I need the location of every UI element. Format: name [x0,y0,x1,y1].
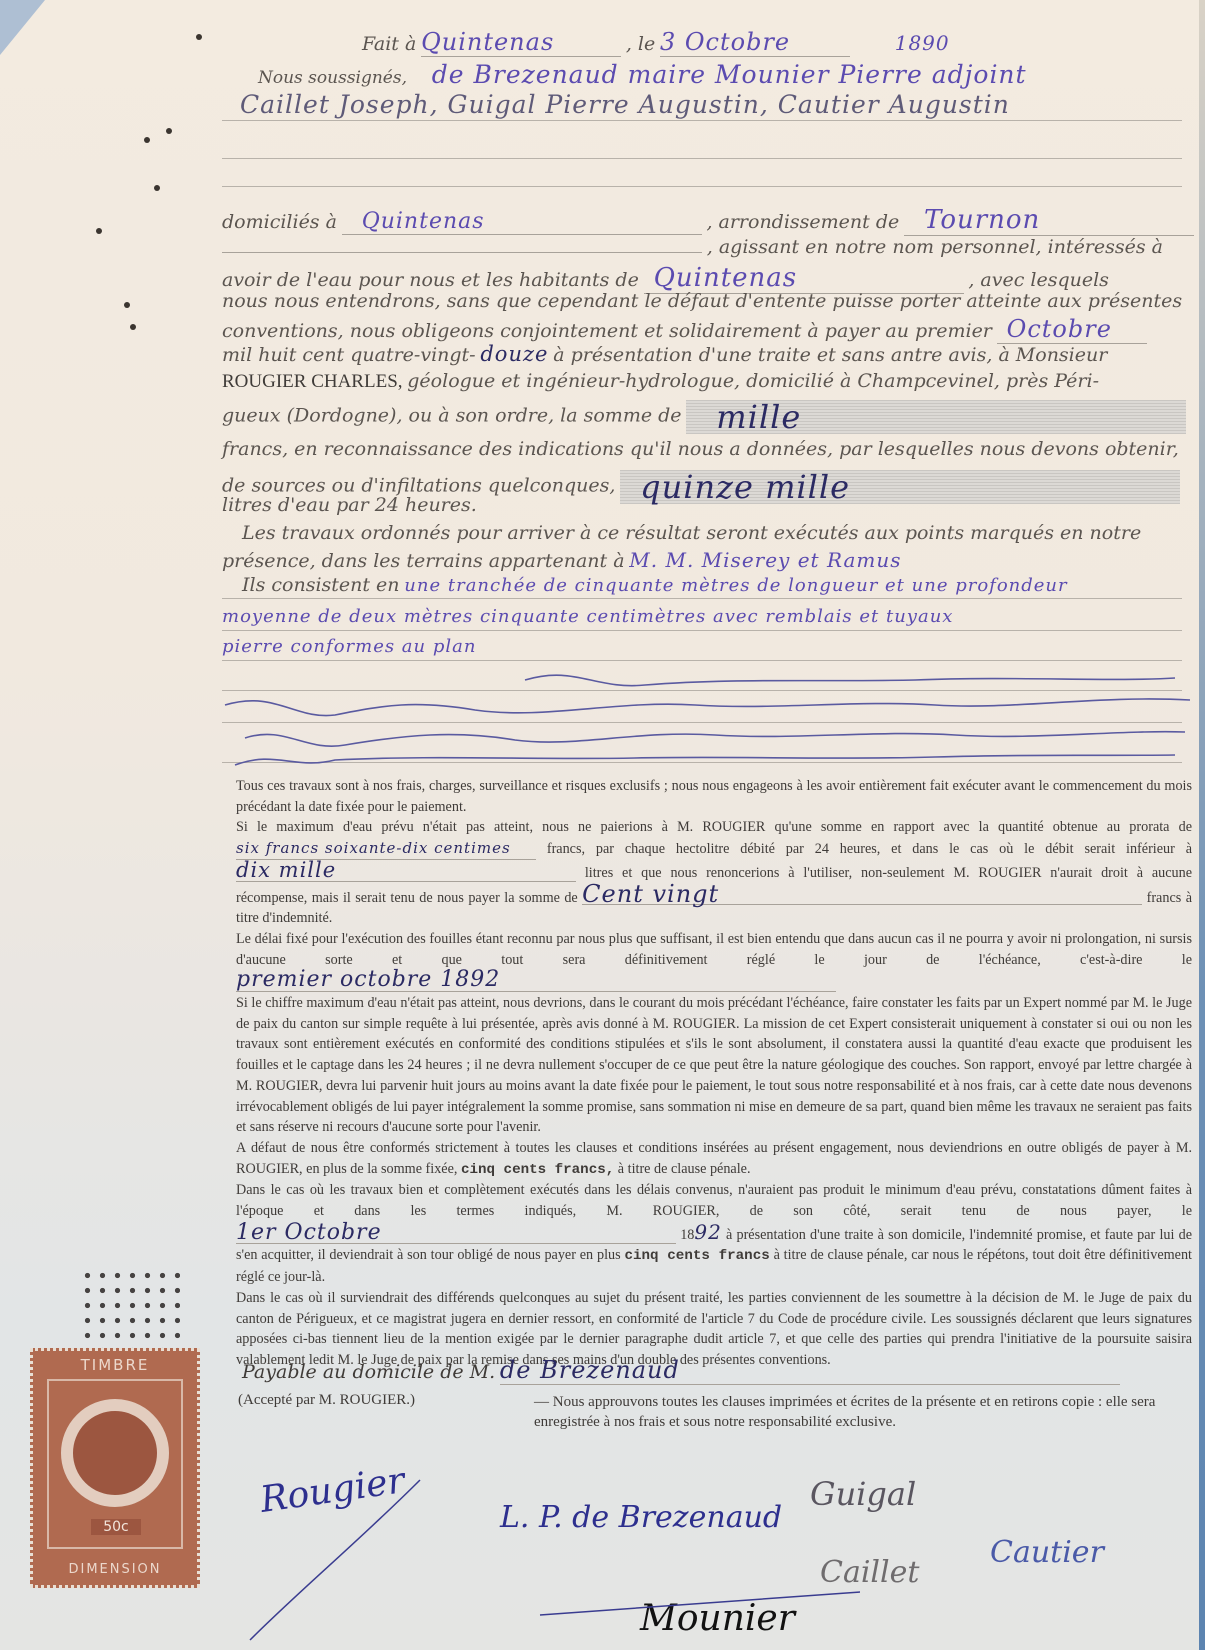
rougier-name: ROUGIER CHARLES, [222,371,403,392]
clause-expert: Si le chiffre maximum d'eau n'était pas … [236,993,1192,1138]
cancellation-strokes [215,660,1195,770]
stamp-bottom-label: DIMENSION [33,1562,197,1577]
signatories-line-1[interactable]: de Brezenaud maire Mounier Pierre adjoin… [432,60,1027,89]
presentation-text: à présentation d'une traite et sans antr… [553,344,1107,366]
soussignes-label: Nous soussignés, [258,68,407,88]
seuil-field[interactable]: dix mille [236,860,576,882]
gueux-text: gueux (Dordogne), ou à son ordre, la som… [222,404,682,426]
clause-minimum-bold: cinq cents francs [624,1248,769,1264]
agissant-text: , agissant en notre nom personnel, intér… [707,236,1163,258]
clause-defaut-b: à titre de clause pénale. [618,1161,751,1177]
pin-hole [130,324,136,330]
clause-maximum-a: Si le maximum d'eau prévu n'était pas at… [236,819,1192,835]
year-field[interactable]: 1890 [895,31,950,55]
clause-delai: Le délai fixé pour l'exécution des fouil… [236,931,1192,968]
domicilies-field[interactable]: Quintenas [342,209,702,235]
pin-hole [154,185,160,191]
page-edge [1199,0,1205,1650]
conventions-text: conventions, nous obligeons conjointemen… [222,320,992,342]
payable-label: Payable au domicile de M. [242,1361,495,1383]
domicilies-label: domiciliés à [222,211,337,233]
fait-a-label: Fait à [362,33,416,55]
presence-text: présence, dans les terrains appartenant … [222,550,625,572]
litres-field[interactable]: quinze mille [620,470,1180,504]
litres-text: litres d'eau par 24 heures. [222,494,477,516]
approval-text: — Nous approuvons toutes les clauses imp… [534,1392,1192,1432]
consistent-line-3[interactable]: pierre conformes au plan [222,636,476,657]
avec-lesquels-text: , avec lesquels [968,269,1109,291]
clause-maximum-b: francs, par chaque hectolitre débité par… [547,841,1192,857]
signature-cautier: Cautier [990,1535,1104,1570]
arrondissement-label: , arrondissement de [706,211,899,233]
stamp-value: 50c [91,1519,141,1535]
clauses-block: Tous ces travaux sont à nos frais, charg… [236,776,1192,1371]
rougier-desc: géologue et ingénieur-hydrologue, domici… [407,370,1099,392]
pin-hole [166,128,172,134]
tax-stamp: TIMBRE 50c DIMENSION [30,1348,200,1588]
stamp-top-label: TIMBRE [33,1356,197,1374]
pin-hole [96,228,102,234]
mil-huit-field[interactable]: douze [480,342,548,366]
premier-field[interactable]: Octobre [997,315,1147,344]
accepte-label: (Accepté par M. ROUGIER.) [238,1392,415,1409]
arrondissement-field[interactable]: Tournon [904,205,1194,236]
folded-corner [0,0,45,55]
paiement-year-field[interactable]: 92 [694,1220,721,1244]
entente-text: nous nous entendrons, sans que cependant… [222,290,1182,312]
consistent-line-1[interactable]: une tranchée de cinquante mètres de long… [404,575,1067,596]
payable-row: Payable au domicile de M. de Brezenaud [242,1356,1120,1385]
clause-defaut-bold: cinq cents francs, [461,1162,614,1178]
pin-hole [124,302,130,308]
terrains-field[interactable]: M. M. Miserey et Ramus [629,548,901,572]
indemnite-field[interactable]: Cent vingt [582,884,1142,906]
echeance-field[interactable]: premier octobre 1892 [236,970,836,992]
payable-field[interactable]: de Brezenaud [500,1356,1120,1385]
somme-field[interactable]: mille [686,400,1186,434]
paiement-date-field[interactable]: 1er Octobre [236,1223,676,1245]
habitants-text: avoir de l'eau pour nous et les habitant… [222,269,639,291]
signature-flourish [240,1440,860,1650]
date-field[interactable]: 3 Octobre [660,28,850,57]
pin-hole [144,137,150,143]
signatories-line-2[interactable]: Caillet Joseph, Guigal Pierre Augustin, … [240,90,1010,119]
prorata-field[interactable]: six francs soixante-dix centimes [236,838,536,860]
consistent-label: Ils consistent en [242,574,400,596]
document-page: Fait à Quintenas , le 3 Octobre 1890 Nou… [0,0,1205,1650]
pin-hole [196,34,202,40]
travaux-text: Les travaux ordonnés pour arriver à ce r… [242,522,1141,544]
stamp-portrait [61,1399,169,1507]
consistent-line-2[interactable]: moyenne de deux mètres cinquante centimè… [222,606,953,627]
mil-huit-label: mil huit cent quatre-vingt- [222,344,476,366]
le-label: , le [626,33,655,55]
paiement-year-prefix: 18 [680,1227,694,1243]
fait-a-field[interactable]: Quintenas [421,28,621,57]
clause-minimum-a: Dans le cas où les travaux bien et compl… [236,1182,1192,1219]
francs-text: francs, en reconnaissance des indication… [222,438,1179,460]
clause-travaux: Tous ces travaux sont à nos frais, charg… [236,776,1192,817]
